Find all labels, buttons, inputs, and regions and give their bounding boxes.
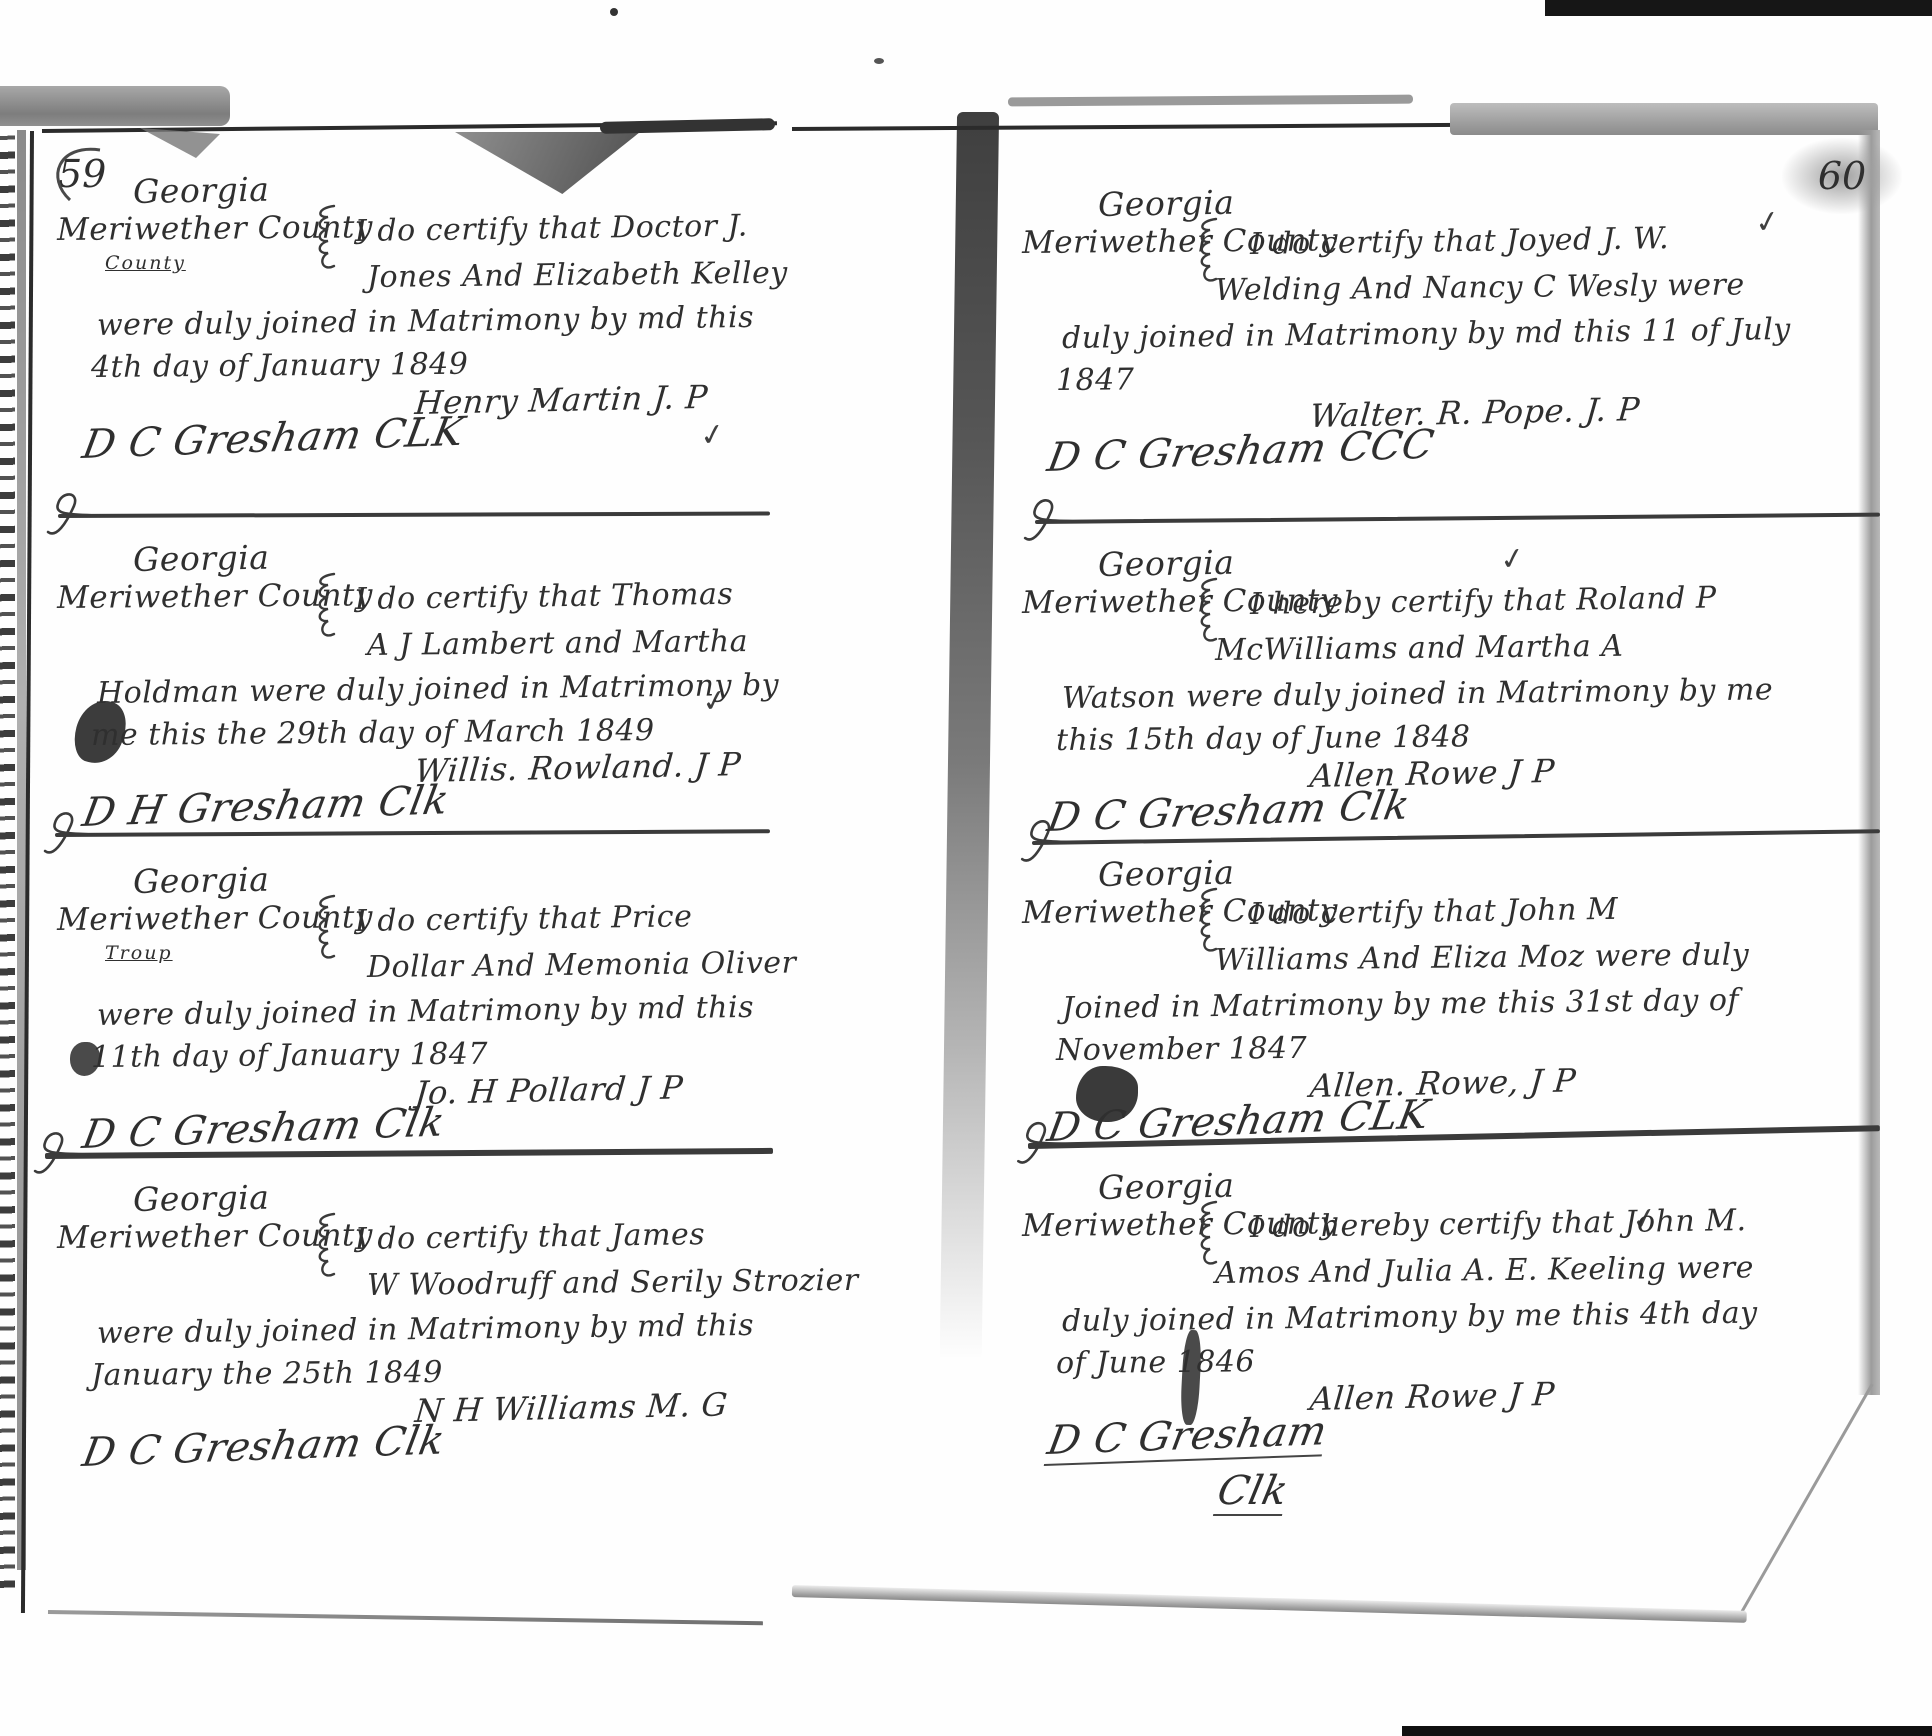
- record-body-line2: Welding And Nancy C Wesly were: [1215, 267, 1745, 308]
- record-body-line2: W Woodruff and Serily Strozier: [367, 1263, 859, 1303]
- clerk-signature: D C Gresham Clk: [1044, 782, 1413, 840]
- record-body-line2: Williams And Eliza Moz were duly: [1215, 937, 1750, 978]
- record-body-line4: November 1847: [1056, 1031, 1307, 1068]
- record-county-note: County: [105, 252, 186, 274]
- record-body-line2: Dollar And Memonia Oliver: [367, 946, 797, 985]
- bottom-scan-bar: [1402, 1726, 1932, 1736]
- record-body-line4: me this the 29th day of March 1849: [91, 713, 655, 753]
- county-brace-squiggle: [313, 1210, 339, 1290]
- record-body-line1: I do certify that Doctor J.: [355, 209, 748, 249]
- marriage-record-right-1: Georgia Meriwether County I do certify t…: [1020, 185, 1880, 565]
- record-body-line2: Amos And Julia A. E. Keeling were: [1215, 1250, 1754, 1291]
- record-body-line3: Watson were duly joined in Matrimony by …: [1062, 672, 1774, 716]
- record-body-line1: I do hereby certify that John M.: [1250, 1203, 1747, 1245]
- clerk-signature: D C Gresham Clk: [79, 1417, 448, 1475]
- clerk-signature: D C Gresham CCC: [1044, 422, 1438, 481]
- marriage-record-right-4: Georgia Meriwether County I do hereby ce…: [1020, 1168, 1880, 1548]
- clerk-signature: D C Gresham CLK: [1044, 1092, 1433, 1151]
- county-brace-squiggle: [313, 202, 339, 282]
- officiant-signature: Allen Rowe J P: [1308, 1375, 1556, 1418]
- record-state: Georgia: [133, 170, 270, 211]
- record-body-line3: were duly joined in Matrimony by md this: [97, 990, 754, 1033]
- record-body-line1: I do certify that Joyed J. W.: [1250, 221, 1670, 262]
- clerk-signature-line2: Clk: [1213, 1468, 1292, 1516]
- record-body-line3: duly joined in Matrimony by md this 11 o…: [1062, 312, 1791, 356]
- record-body-line4: January the 25th 1849: [91, 1355, 443, 1393]
- record-body-line3: duly joined in Matrimony by me this 4th …: [1062, 1296, 1758, 1339]
- stray-ink-dot: [874, 58, 884, 64]
- binding-edge-marks: [0, 118, 15, 1588]
- record-state: Georgia: [133, 1178, 270, 1219]
- officiant-signature: N H Williams M. G: [413, 1385, 729, 1430]
- right-page-top-streak: [1008, 95, 1413, 107]
- book-gutter-shadow: [939, 112, 999, 1412]
- record-body-line4: of June 1846: [1056, 1344, 1255, 1381]
- record-body-line4: 1847: [1056, 362, 1135, 398]
- officiant-signature: Willis. Rowland. J P: [413, 745, 742, 790]
- record-body-line4: 4th day of January 1849: [91, 347, 469, 385]
- right-page-bottom-edge: [792, 1585, 1747, 1623]
- officiant-signature: Jo. H Pollard J P: [413, 1068, 684, 1112]
- county-brace-squiggle: [313, 570, 339, 650]
- stray-ink-dot: [610, 8, 618, 16]
- record-body-line3: were duly joined in Matrimony by md this: [97, 300, 754, 343]
- record-state: Georgia: [133, 538, 270, 579]
- clerk-signature: D C Gresham: [1044, 1408, 1331, 1466]
- left-page-top-smudge: [600, 118, 775, 134]
- left-page-bottom-edge: [48, 1610, 763, 1625]
- record-body-line2: McWilliams and Martha A: [1215, 629, 1624, 668]
- record-body-line1: I do certify that Price: [355, 899, 693, 939]
- clerk-signature: D C Gresham Clk: [79, 1099, 448, 1157]
- marriage-record-left-1: Georgia Meriwether County County I do ce…: [55, 172, 915, 552]
- record-county-note: Troup: [105, 942, 173, 964]
- record-body-line4: this 15th day of June 1848: [1056, 719, 1471, 758]
- right-page-top-shadow-band: [1450, 103, 1878, 135]
- record-body-line1: I do certify that Thomas: [355, 577, 734, 617]
- clerk-signature: D C Gresham CLK: [79, 409, 468, 468]
- record-body-line3: Holdman were duly joined in Matrimony by: [97, 668, 780, 711]
- left-page-corner-smudge: [140, 128, 220, 158]
- record-body-line3: were duly joined in Matrimony by md this: [97, 1308, 754, 1351]
- top-left-scan-band: [0, 86, 230, 126]
- record-state: Georgia: [133, 860, 270, 901]
- record-body-line1: I do certify that James: [355, 1217, 706, 1257]
- clerk-signature: D H Gresham Clk: [79, 777, 453, 836]
- scanned-marriage-record-book-spread: ✓ ✓ ✓ ✓ ✓ 59 60 Georgia Meriwether Count…: [0, 0, 1932, 1736]
- county-brace-squiggle: [313, 892, 339, 972]
- record-body-line4: 11th day of January 1847: [91, 1037, 488, 1075]
- record-body-line1: I do certify that John M: [1250, 892, 1619, 932]
- marriage-record-left-4: Georgia Meriwether County I do certify t…: [55, 1180, 915, 1560]
- record-body-line1: I hereby certify that Roland P: [1250, 580, 1717, 622]
- record-body-line2: Jones And Elizabeth Kelley: [367, 256, 788, 295]
- top-right-scan-streak: [1545, 0, 1932, 16]
- record-body-line2: A J Lambert and Martha: [367, 624, 748, 663]
- record-body-line3: Joined in Matrimony by me this 31st day …: [1062, 983, 1739, 1026]
